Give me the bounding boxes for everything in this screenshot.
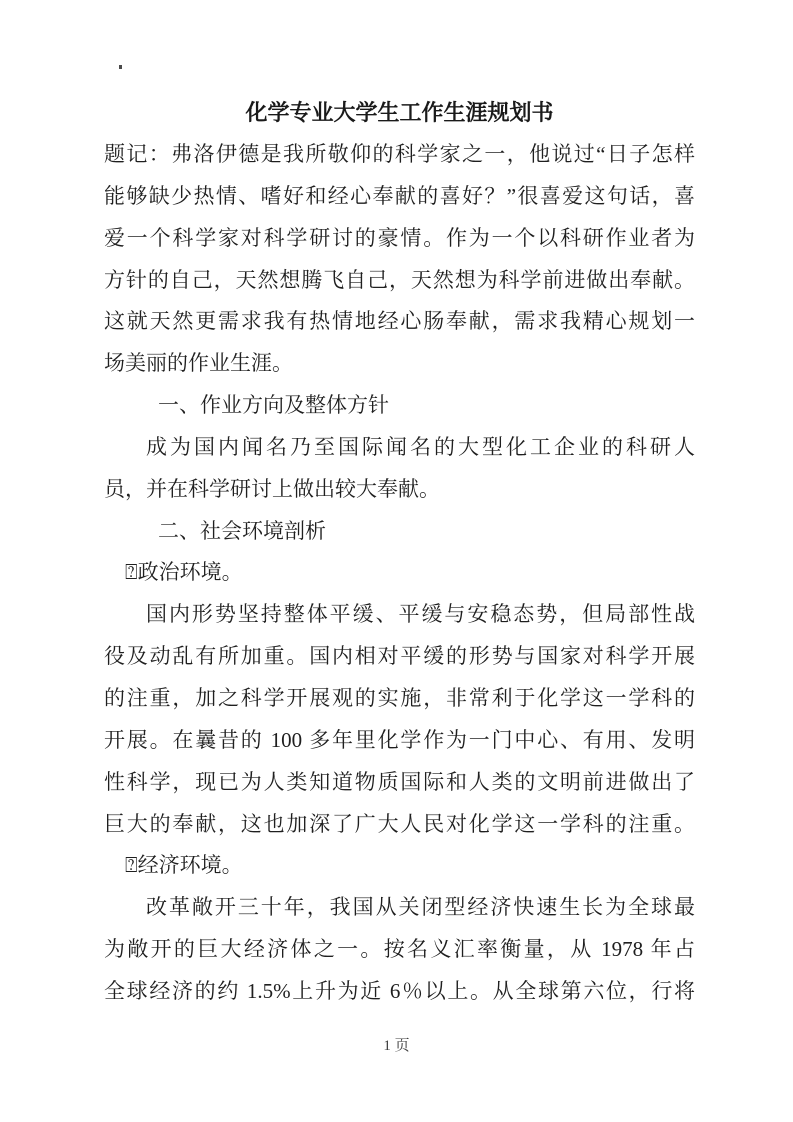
document-body: 题记：弗洛伊德是我所敬仰的科学家之一，他说过“日子怎样能够缺少热情、嗜好和经心奉… xyxy=(104,134,695,1013)
text-line: ⍰政治环境。 xyxy=(104,552,695,594)
text-line: 性科学，现已为人类知道物质国际和人类的文明前进做出了 xyxy=(104,762,695,804)
text-line: 这就天然更需求我有热情地经心肠奉献，需求我精心规划一 xyxy=(104,301,695,343)
text-line: 题记：弗洛伊德是我所敬仰的科学家之一，他说过“日子怎样 xyxy=(104,134,695,176)
text-line: 开展。在曩昔的 100 多年里化学作为一门中心、有用、发明 xyxy=(104,720,695,762)
text-line: 能够缺少热情、嗜好和经心奉献的喜好？”很喜爱这句话，喜 xyxy=(104,176,695,218)
text-line: 方针的自己，天然想腾飞自己，天然想为科学前进做出奉献。 xyxy=(104,260,695,302)
page-number: 1 页 xyxy=(0,1036,793,1056)
text-line: 爱一个科学家对科学研讨的豪情。作为一个以科研作业者为 xyxy=(104,218,695,260)
text-line: 一、作业方向及整体方针 xyxy=(104,385,695,427)
text-line: 役及动乱有所加重。国内相对平缓的形势与国家对科学开展 xyxy=(104,636,695,678)
text-line: ⍰经济环境。 xyxy=(104,845,695,887)
text-line: 二、社会环境剖析 xyxy=(104,511,695,553)
text-line: 的注重，加之科学开展观的实施，非常利于化学这一学科的 xyxy=(104,678,695,720)
text-line: 巨大的奉献，这也加深了广大人民对化学这一学科的注重。 xyxy=(104,804,695,846)
text-line: 员，并在科学研讨上做出较大奉献。 xyxy=(104,469,695,511)
text-line: 成为国内闻名乃至国际闻名的大型化工企业的科研人 xyxy=(104,427,695,469)
stray-dot-artifact xyxy=(119,65,122,69)
text-line: 场美丽的作业生涯。 xyxy=(104,343,695,385)
text-line: 为敞开的巨大经济体之一。按名义汇率衡量，从 1978 年占 xyxy=(104,929,695,971)
document-title: 化学专业大学生工作生涯规划书 xyxy=(104,98,695,127)
text-line: 国内形势坚持整体平缓、平缓与安稳态势，但局部性战 xyxy=(104,594,695,636)
text-line: 全球经济的约 1.5%上升为近 6％以上。从全球第六位，行将 xyxy=(104,971,695,1013)
text-line: 改革敞开三十年，我国从关闭型经济快速生长为全球最 xyxy=(104,887,695,929)
